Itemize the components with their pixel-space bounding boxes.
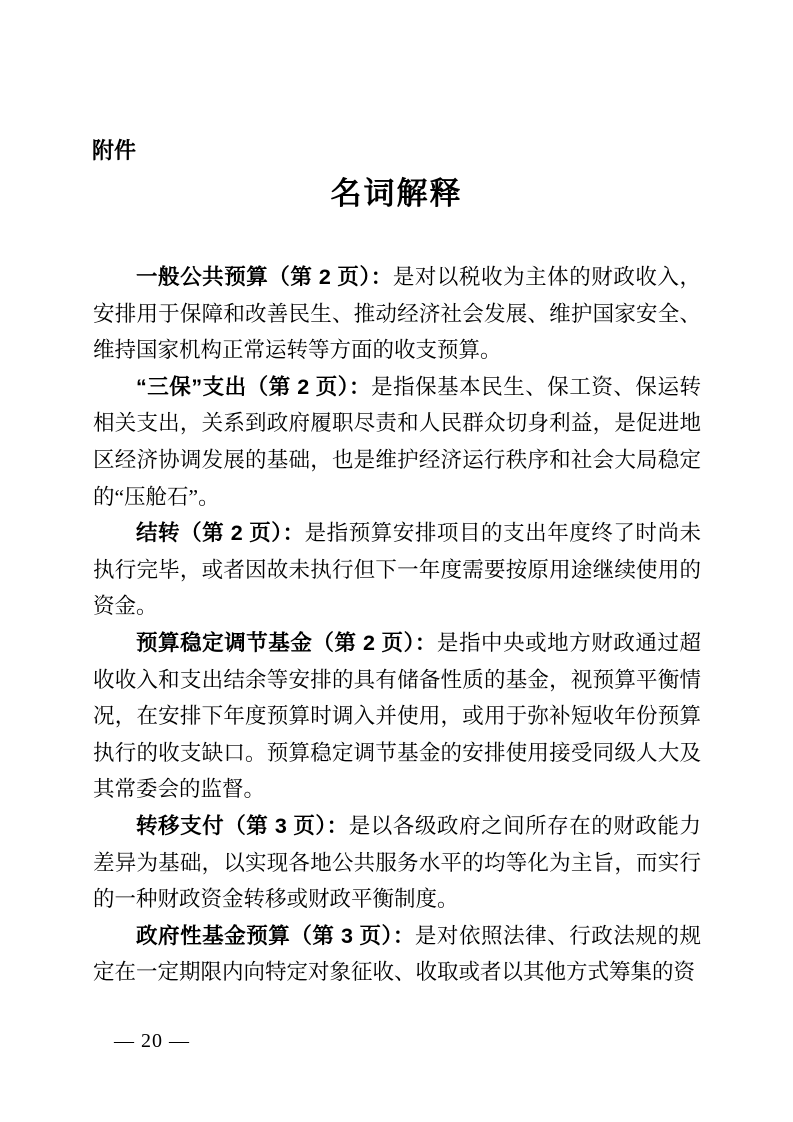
- term-name: 结转（第 2 页）：: [136, 521, 305, 545]
- page-number: — 20 —: [114, 1030, 190, 1053]
- term-name: 转移支付（第 3 页）：: [136, 814, 349, 838]
- attachment-label: 附件: [92, 138, 136, 164]
- term-paragraph: 结转（第 2 页）：是指预算安排项目的支出年度终了时尚未执行完毕，或者因故未执行…: [93, 515, 701, 625]
- term-name: “三保”支出（第 2 页）：: [136, 375, 371, 399]
- term-paragraph: 政府性基金预算（第 3 页）：是对依照法律、行政法规的规定在一定期限内向特定对象…: [93, 918, 701, 991]
- term-paragraph: “三保”支出（第 2 页）：是指保基本民生、保工资、保运转相关支出，关系到政府履…: [93, 369, 701, 515]
- term-name: 一般公共预算（第 2 页）：: [136, 265, 393, 289]
- page-title: 名词解释: [0, 172, 793, 216]
- term-paragraph: 预算稳定调节基金（第 2 页）：是指中央或地方财政通过超收收入和支出结余等安排的…: [93, 625, 701, 808]
- document-page: 附件 名词解释 一般公共预算（第 2 页）：是对以税收为主体的财政收入，安排用于…: [0, 0, 793, 1122]
- term-paragraph: 一般公共预算（第 2 页）：是对以税收为主体的财政收入，安排用于保障和改善民生、…: [93, 259, 701, 369]
- term-definition: 是指中央或地方财政通过超收收入和支出结余等安排的具有储备性质的基金，视预算平衡情…: [93, 631, 701, 801]
- term-paragraph: 转移支付（第 3 页）：是以各级政府之间所存在的财政能力差异为基础，以实现各地公…: [93, 808, 701, 918]
- term-name: 预算稳定调节基金（第 2 页）：: [136, 631, 437, 655]
- term-name: 政府性基金预算（第 3 页）：: [136, 924, 415, 948]
- document-body: 一般公共预算（第 2 页）：是对以税收为主体的财政收入，安排用于保障和改善民生、…: [93, 259, 701, 991]
